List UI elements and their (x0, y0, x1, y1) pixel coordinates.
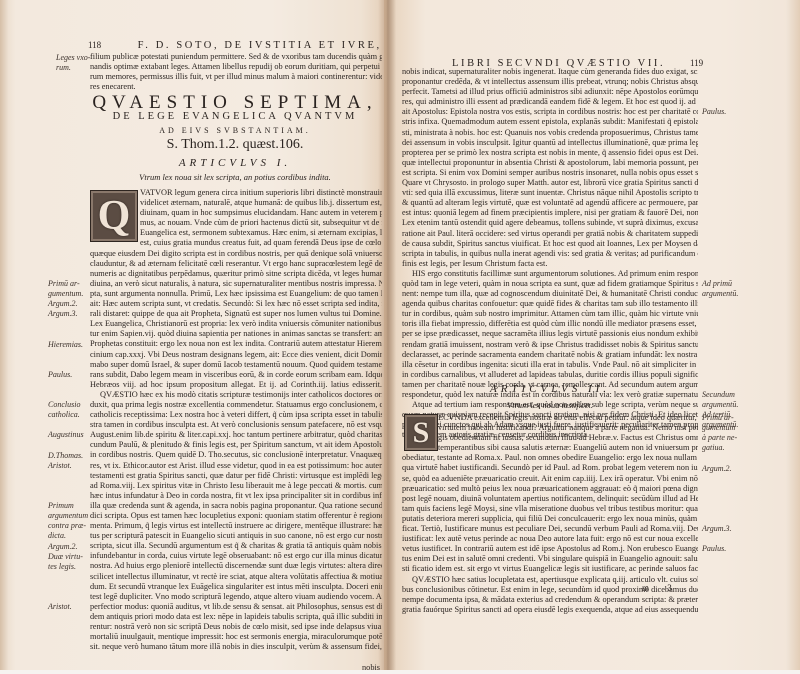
text-line: Euangelica est, sermonem subtexamus. Hæc… (90, 228, 382, 238)
text-line: perfectior modus: quoniā auditus, vt lib… (90, 602, 382, 612)
text-line: infundebantur in corda, cuius virtute le… (90, 551, 382, 561)
text-line: menta. Primum, q̃ legis virtus est intel… (90, 521, 382, 531)
margin-note: Aristot. (48, 602, 72, 612)
text-line: sti, ministrata à nobis. hoc est: Quanui… (402, 128, 698, 138)
text-line: mus, ac nouam. Vnde cùm de priori hacten… (90, 218, 382, 228)
text-line: rans subdit, Dabo legem meam in viscerib… (90, 370, 382, 380)
text-line: ad Roma.viij. Lex spiritus vitæ in Chris… (90, 481, 382, 491)
text-line: numeris ac dignitatibus perpēdamus, quær… (90, 269, 382, 279)
left-page: 118 F. D. SOTO, DE IVSTITIA ET IVRE, Leg… (0, 0, 388, 674)
text-line: in cordibus nostris. Quem quidē D. Tho.s… (90, 450, 382, 460)
text-line: qua virtutē habet iustificandi. Secundò … (402, 463, 698, 473)
article-heading: ARTICVLVS I. (90, 157, 380, 169)
text-line: Quare vt Chrysosto. in prologo super Mat… (402, 178, 698, 188)
text-line: Hebræos viij. ad hoc ipsum propositum al… (90, 380, 382, 390)
text-line: diuinam, quam in hoc sumpsimus elucidand… (90, 208, 382, 218)
text-line: quæ intellectui proponuntur in absentia … (402, 158, 698, 168)
text-line: rali distaret: quippe de qua ait Prophet… (90, 309, 382, 319)
question-subtitle: DE LEGE EVANGELICA QVANTVM (90, 111, 380, 122)
text-line: rendam gratiā imuissent, nostram verò & … (402, 340, 698, 350)
text-line: scripta in tabulis, in quibus nulla iner… (402, 249, 698, 259)
text-line: VATVOR legum genera circa initium superi… (90, 188, 382, 198)
text-line: HIS ergo constitutis facillimæ sunt argu… (402, 269, 698, 279)
text-line: perfecit. Tametsi ad illud prius officiū… (402, 87, 698, 97)
text-line: cundum Paulū, & plenitudo & finis legis … (90, 440, 382, 450)
text-line: videlicet æternam, naturalē, atque human… (90, 198, 382, 208)
right-page: LIBRI SECVNDI QVÆSTIO VII. 119 nobis ind… (384, 0, 800, 674)
text-line: scripta, sicut illa. Secundū argumentum … (90, 541, 382, 551)
text-line: nobis indicat, supernaturaliter nobis in… (402, 67, 698, 77)
text-line: cinium cap.xxxj. Vbi Deus nostram design… (90, 350, 382, 360)
text-line: mabo super domū Israel, & super domū Iac… (90, 360, 382, 370)
text-line: res, qui administro illi essent ad prædi… (402, 97, 698, 107)
text-line: res, vt ix. Ethicor.autor est Arist. ill… (90, 461, 382, 471)
text-line: post legē nouam, diuinā voluntatem apert… (402, 494, 698, 504)
scan-background (0, 670, 800, 674)
text-line: mortaliū inuulgauit, mentique impressit:… (90, 632, 382, 642)
opening-paragraph: filium publicæ potestati puniendum permi… (90, 52, 382, 92)
text-line: illa cēsetur in cordibus ingenita: sicut… (402, 360, 698, 370)
margin-note: Paulus. (702, 107, 726, 117)
book-gutter (378, 0, 396, 674)
text-line: ait: Hæc autem scripta sunt, vt credatis… (90, 299, 382, 309)
text-line: pta, sunt argumenta nonnulla. Primū, Lex… (90, 289, 382, 299)
question-subtitle-2: AD EIVS SVBSTANTIAM. (90, 126, 380, 135)
page-edge (0, 0, 8, 674)
text-line: est scripta. Si enim vox Domini semper a… (402, 168, 698, 178)
text-line: Lex Euangelica, Christianorū est propria… (90, 319, 382, 329)
margin-note: Primū ar- gumentum. (48, 279, 83, 299)
text-line: nempe documenta ipsa, & mādata exterius … (402, 595, 698, 605)
margin-note: Conclusio catholica. (48, 400, 80, 420)
text-line: tus per scripturā patescit in Euangelio … (90, 531, 382, 541)
reference: S. Thom.1.2. quæst.106. (90, 137, 380, 153)
text-line: nent: nempe tum illa, quæ ad cognoscendu… (402, 289, 698, 299)
margin-note: Duæ virtu- tes legis. (48, 552, 83, 572)
text-line: dum. Et secundū vtranque lex Euāgelica s… (90, 582, 382, 592)
running-head-left: 118 F. D. SOTO, DE IVSTITIA ET IVRE, (88, 40, 382, 51)
text-line: per se ipse prædicasset, neque sacramēta… (402, 329, 698, 339)
margin-note: Primum argumentum contra præ- dicta. (48, 501, 88, 541)
text-line: duxit, qua prima legis nostræ excellenti… (90, 400, 382, 410)
text-line: quæque eiusdem Dei digito scripta est in… (90, 249, 382, 259)
text-line: vti: sed quia illā excussimus, literæ su… (402, 188, 698, 198)
text-line: diuina, an verò sicut naturalis, à natur… (90, 279, 382, 289)
text-line: August.enim lib.de spiritu & liter.capi.… (90, 430, 382, 440)
text-line: Prophetas constituit: ergo lex noua non … (90, 339, 382, 349)
margin-note: Argum.2. (48, 542, 77, 552)
text-line: ratione ait Paul. literā occidere: sed v… (402, 229, 698, 239)
text-line: catholicis receptissima: Lex nostra hoc … (90, 410, 382, 420)
text-line: in cordibus carnalibus, vt alluderet ad … (402, 370, 698, 380)
text-line: dem antiquis priori modo data est lex: n… (90, 612, 382, 622)
text-line: scilicet intellectus illuminatur, vt rec… (90, 572, 382, 582)
margin-note: Argum.3. (48, 309, 77, 319)
text-line: vetus iustificet. In contrariū autem est… (402, 544, 698, 554)
margin-note: Hieremias. (48, 340, 83, 350)
text-line: tam quis faciens legē Moysi, sine vlla m… (402, 504, 698, 514)
text-line: virtutem habeant iustificandi? Arguitur … (402, 423, 698, 433)
margin-note: Secundum argumentū. (702, 390, 738, 410)
text-line: hæc intus infundatur à Deo in corda nost… (90, 491, 382, 501)
margin-note: Augustinus (48, 430, 84, 440)
text-line: putatis deteriora mereri supplicia, qui … (402, 514, 698, 524)
margin-note: Ad primū argumentū. (702, 279, 738, 299)
text-line: finis est legis, per Iesum Christum fact… (402, 259, 698, 269)
text-line: temperantibus sibi causa salutis æternæ:… (402, 443, 698, 453)
text-line: sti ficatio idem est. sit ergo vt virtus… (402, 564, 698, 574)
text-line: gratia fauórque Spiritus sancti ad opera… (402, 605, 698, 615)
text-line: QVÆSTIO hæc ex his modò citatis scriptur… (90, 390, 382, 400)
text-line: est intus: quoniā legem ad finem præcipi… (402, 208, 698, 218)
text-line: declarasset, ac perinde sacramenta eande… (402, 350, 698, 360)
text-line: præuaricatio: sed multò peius lex noua p… (402, 484, 698, 494)
signature-mark: m 3 (642, 583, 680, 593)
text-line: ficat. Tertiò, Iustificare munus est pec… (402, 524, 698, 534)
text-line: ECVNDA excellentia legis nostræ ab eius … (402, 413, 698, 423)
article-question: Vtrum lex noua sit lex scripta, an potiu… (90, 172, 380, 182)
text-line: ait Apostolus: Epistola nostra vos estis… (402, 107, 698, 117)
margin-note: Aristot. (48, 461, 72, 471)
text-line: gis obedientiam fit iustus, secundùm ill… (402, 433, 698, 443)
text-line: nostra. Ad huius ergo pleniorē intellect… (90, 561, 382, 571)
text-line: quòd tam in lege veteri, quàm in noua sc… (402, 279, 698, 289)
text-line: de causa subdit, Spiritus sanctus viuifi… (402, 239, 698, 249)
text-line: proponantur credēda, & vt intellectus as… (402, 77, 698, 87)
text-line: rentur: nostrā verò non sic scriptā Deus… (90, 622, 382, 632)
margin-note: D.Thomas. (48, 451, 83, 461)
text-line: dici scripta. Opus est tamen hæc locuple… (90, 511, 382, 521)
text-line: illa quæ credenda sunt & agenda, in sacr… (90, 501, 382, 511)
text-line: dei assensum in vobis insculpsit. Igitur… (402, 138, 698, 148)
folio-number: 118 (88, 40, 101, 50)
margin-note: Paulus. (48, 370, 72, 380)
margin-note: Argum.2. (48, 299, 77, 309)
margin-note: Primū ar- gumentum à parte ne- gatiua. (702, 413, 737, 453)
margin-note: Argum.2. (702, 464, 731, 474)
page-edge (786, 0, 800, 674)
text-line: propterea per se primò lex nostra script… (402, 148, 698, 158)
article-2-question: Vtrum lex noua iustificet. (402, 400, 698, 410)
text-line: tur in cordibus, quàm sub nostro imprimi… (402, 309, 698, 319)
margin-note: Leges vxo- rum. (56, 53, 90, 73)
text-line: & quantū ad alteram legis virtutē, quæ e… (402, 198, 698, 208)
text-line: obediatur, testante ad Roma.x. Paul. non… (402, 453, 698, 463)
text-line: stris infixa. Quemadmodum autem essent e… (402, 117, 698, 127)
text-line: se, quòd ea adueniēte præuaricatio creui… (402, 474, 698, 484)
text-line: testamenti est gratia Spiritus sancti, q… (90, 471, 382, 481)
running-head-title: F. D. SOTO, DE IVSTITIA ET IVRE, (138, 40, 382, 51)
text-line: tus enim Dei est in salutē omni credenti… (402, 554, 698, 564)
text-line: tur enim Sapien.vij. quòd diuina sapient… (90, 329, 382, 339)
text-line: iustificat: lex autē vetus perinde ac no… (402, 534, 698, 544)
text-line: toris illa fiebat impressio, differētia … (402, 319, 698, 329)
article-body: VATVOR legum genera circa initium superi… (90, 188, 382, 652)
text-line: est, cuius gratia mundus creatus fuit, a… (90, 238, 382, 248)
text-line: sit. neque verò humano tātum more illā n… (90, 642, 382, 652)
text-line: clauduntur, & ad æternam felicitatē cœli… (90, 259, 382, 269)
text-line: stra tamen in cordibus insculpta est. At… (90, 420, 382, 430)
text-line: agenda quibus charitas confouetur: quæ q… (402, 299, 698, 309)
margin-note: Argum.3. (702, 524, 731, 534)
text-line: Lex etenim tantū ostendit quid agere deb… (402, 218, 698, 228)
text-line: test legē dupliciter. Vno modo scripturā… (90, 592, 382, 602)
margin-note: Paulus. (702, 544, 726, 554)
article-2-heading: ARTICVLVS II. (402, 383, 698, 395)
